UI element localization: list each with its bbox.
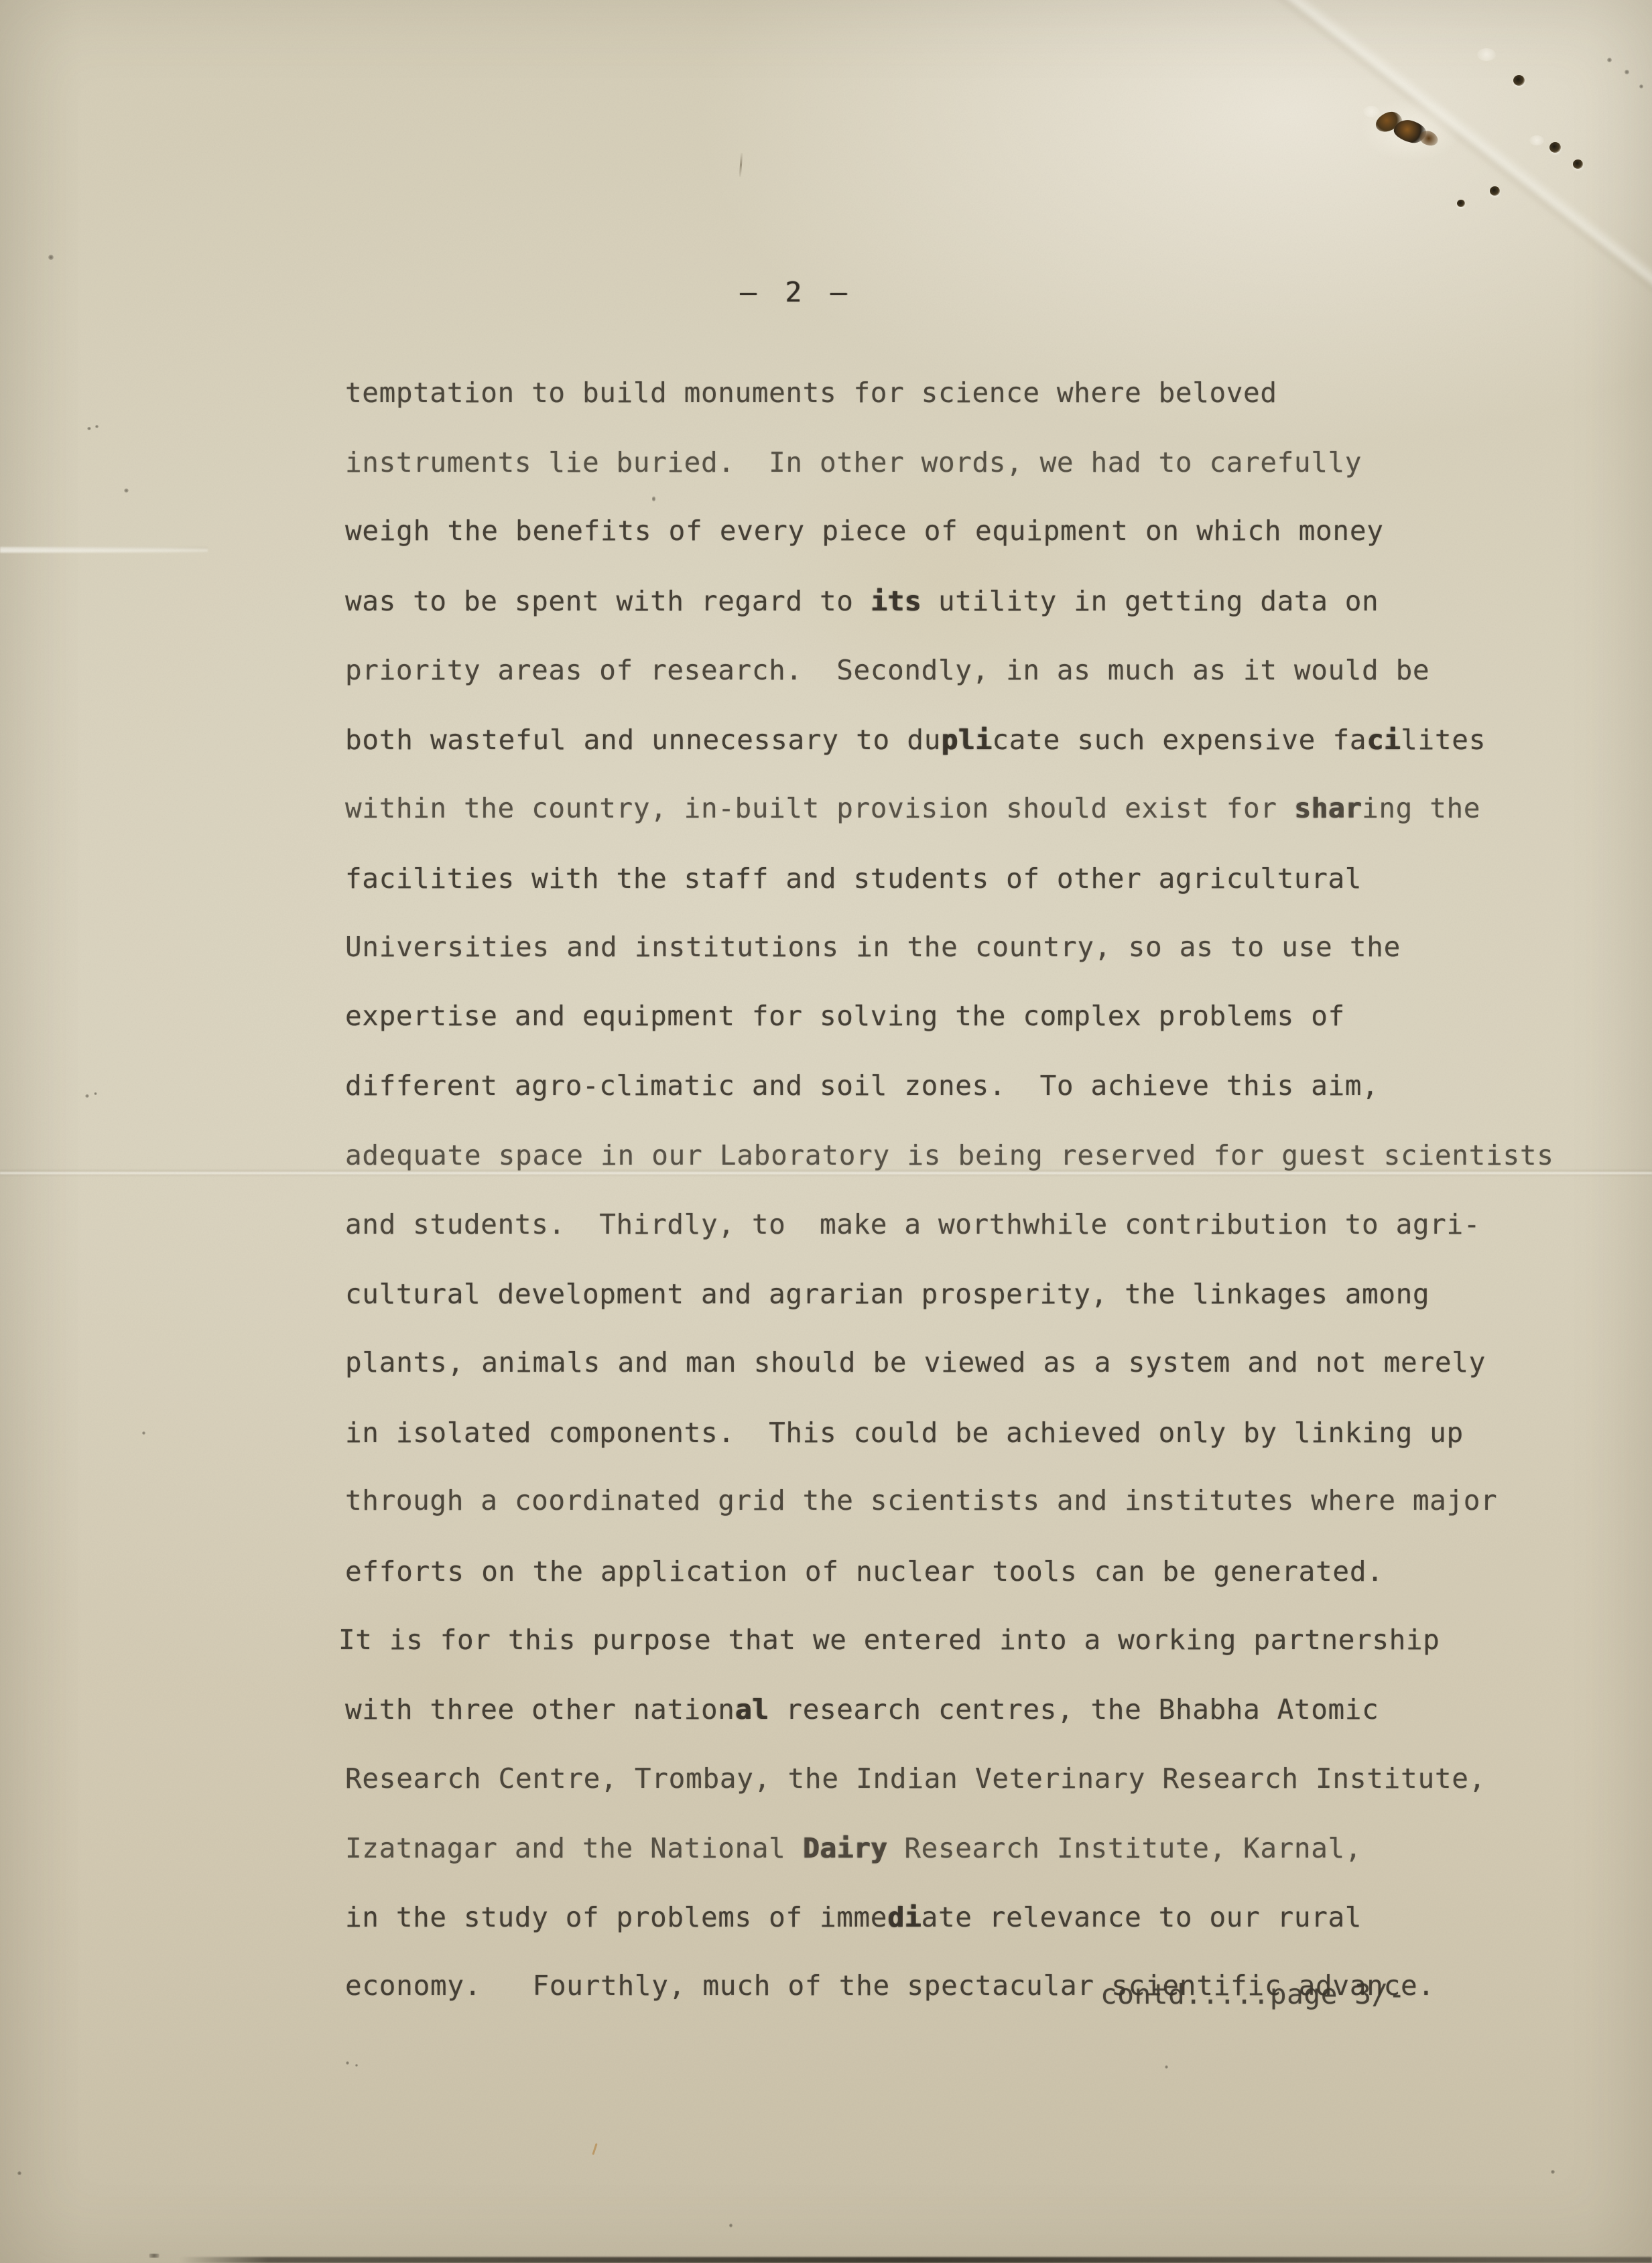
text-segment: Research Institute, Karnal, <box>887 1832 1362 1864</box>
text-line: with three other national research centr… <box>345 1675 1618 1744</box>
text-segment: in isolated components. This could be ac… <box>345 1417 1464 1449</box>
overstruck-text: Dairy <box>803 1832 887 1864</box>
overstruck-text: its <box>871 585 922 617</box>
text-line: economy. Fourthly, much of the spectacul… <box>345 1951 1618 2020</box>
text-line: Izatnagar and the National Dairy Researc… <box>345 1814 1618 1883</box>
text-line: both wasteful and unnecessary to duplica… <box>345 706 1618 775</box>
speck <box>346 2061 349 2065</box>
text-segment: weigh the benefits of every piece of equ… <box>345 515 1384 547</box>
scan-edge-shadow <box>180 2257 1652 2263</box>
text-segment: cate such expensive fa <box>992 724 1367 756</box>
text-segment: expertise and equipment for solving the … <box>345 1000 1345 1032</box>
paper-fiber-mark <box>739 153 743 177</box>
speck <box>142 1431 145 1435</box>
paper-dent <box>1529 135 1544 145</box>
speck <box>729 2223 733 2227</box>
text-segment: within the country, in-built provision s… <box>345 792 1294 824</box>
text-segment: ing the <box>1362 792 1480 824</box>
overstruck-text: di <box>887 1901 922 1933</box>
speck <box>94 1092 97 1095</box>
text-segment: instruments lie buried. In other words, … <box>345 446 1362 478</box>
speck <box>1551 2170 1555 2174</box>
text-segment: through a coordinated grid the scientist… <box>345 1484 1497 1516</box>
typewritten-lines: temptation to build monuments for scienc… <box>345 359 1618 2021</box>
speck <box>355 2064 358 2067</box>
pinhole <box>1573 159 1583 169</box>
text-line: efforts on the application of nuclear to… <box>345 1537 1618 1606</box>
paper-dent <box>1363 106 1379 117</box>
text-segment: lites <box>1401 724 1486 756</box>
text-segment: in the study of problems of imme <box>345 1901 887 1933</box>
text-line: Research Centre, Trombay, the Indian Vet… <box>345 1744 1618 1813</box>
text-line: in isolated components. This could be ac… <box>345 1399 1618 1468</box>
paper-dent <box>1477 48 1496 61</box>
text-line: and students. Thirdly, to make a worthwh… <box>345 1190 1618 1259</box>
text-segment: different agro-climatic and soil zones. … <box>345 1070 1379 1102</box>
continuation-note: contd.....page 3/- <box>1100 1978 1405 2010</box>
overstruck-text: al <box>735 1693 769 1726</box>
text-segment: ate relevance to our rural <box>922 1901 1362 1933</box>
text-line: adequate space in our Laboratory is bein… <box>345 1121 1618 1190</box>
text-segment: utility in getting data on <box>922 585 1379 617</box>
text-segment: plants, animals and man should be viewed… <box>345 1346 1486 1378</box>
text-line: facilities with the staff and students o… <box>345 844 1618 913</box>
text-line: within the country, in-built provision s… <box>345 774 1618 843</box>
text-segment: temptation to build monuments for scienc… <box>345 377 1277 409</box>
overstruck-text: ci <box>1367 724 1401 756</box>
pinhole <box>1549 142 1561 153</box>
speck <box>48 255 54 260</box>
speck <box>85 1094 89 1098</box>
text-segment: and students. Thirdly, to make a worthwh… <box>345 1208 1480 1240</box>
overstruck-text: pli <box>941 724 992 756</box>
scanned-letter-page: — 2 — temptation to build monuments for … <box>0 0 1652 2263</box>
text-line: different agro-climatic and soil zones. … <box>345 1051 1618 1120</box>
text-line: cultural development and agrarian prospe… <box>345 1260 1618 1329</box>
speck <box>87 427 91 430</box>
text-segment: Research Centre, Trombay, the Indian Vet… <box>345 1762 1486 1795</box>
pinhole <box>1513 75 1525 86</box>
speck <box>147 2254 161 2258</box>
text-segment: cultural development and agrarian prospe… <box>345 1278 1429 1310</box>
speck <box>1165 2065 1168 2069</box>
text-line: expertise and equipment for solving the … <box>345 982 1618 1051</box>
text-line: was to be spent with regard to its utili… <box>345 567 1618 636</box>
text-line: Universities and institutions in the cou… <box>345 913 1618 982</box>
speck <box>95 425 99 428</box>
speck <box>1625 70 1629 74</box>
text-line: temptation to build monuments for scienc… <box>345 359 1618 428</box>
page-number: — 2 — <box>740 276 852 308</box>
speck <box>1639 84 1643 88</box>
text-segment: adequate space in our Laboratory is bein… <box>345 1139 1554 1171</box>
text-segment: It is for this purpose that we entered i… <box>338 1624 1440 1656</box>
text-line: through a coordinated grid the scientist… <box>345 1466 1618 1535</box>
text-segment: research centres, the Bhabha Atomic <box>769 1693 1379 1726</box>
left-fold-crease <box>0 547 208 553</box>
text-line: priority areas of research. Secondly, in… <box>345 636 1618 705</box>
text-line: in the study of problems of immediate re… <box>345 1883 1618 1952</box>
text-segment: both wasteful and unnecessary to du <box>345 724 941 756</box>
text-segment: Universities and institutions in the cou… <box>345 931 1401 963</box>
text-segment: efforts on the application of nuclear to… <box>345 1555 1384 1588</box>
speck <box>17 2171 21 2175</box>
speck <box>1607 58 1612 62</box>
paper-fiber-mark <box>592 2143 597 2155</box>
corner-fold-crease <box>1196 0 1652 327</box>
pinhole <box>1457 200 1465 207</box>
text-segment: Izatnagar and the National <box>345 1832 803 1864</box>
pinhole <box>1490 186 1500 196</box>
text-segment: was to be spent with regard to <box>345 585 871 617</box>
text-segment: priority areas of research. Secondly, in… <box>345 654 1429 686</box>
text-line: instruments lie buried. In other words, … <box>345 428 1618 497</box>
text-segment: facilities with the staff and students o… <box>345 862 1362 895</box>
text-line: weigh the benefits of every piece of equ… <box>345 497 1618 566</box>
overstruck-text: shar <box>1294 792 1362 824</box>
text-line: It is for this purpose that we entered i… <box>338 1606 1618 1675</box>
text-line: plants, animals and man should be viewed… <box>345 1328 1618 1397</box>
text-segment: with three other nation <box>345 1693 735 1726</box>
speck <box>124 489 129 493</box>
